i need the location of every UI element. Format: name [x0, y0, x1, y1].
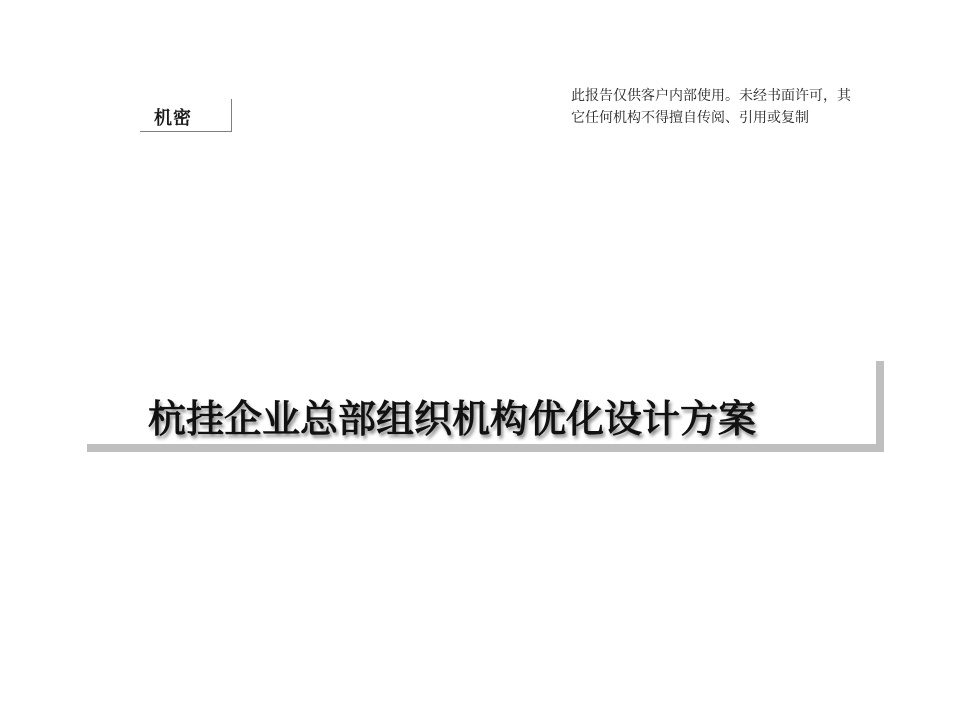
disclaimer-line-2: 它任何机构不得擅自传阅、引用或复制	[571, 107, 901, 129]
confidential-label: 机密	[154, 104, 192, 130]
disclaimer-line-1: 此报告仅供客户内部使用。未经书面许可，其	[571, 85, 901, 107]
frame-bar-right	[876, 361, 884, 452]
frame-bar-bottom	[87, 444, 884, 452]
disclaimer-note: 此报告仅供客户内部使用。未经书面许可，其 它任何机构不得擅自传阅、引用或复制	[571, 85, 901, 129]
page-title: 杭挂企业总部组织机构优化设计方案	[148, 388, 756, 443]
confidential-badge: 机密	[140, 99, 232, 132]
